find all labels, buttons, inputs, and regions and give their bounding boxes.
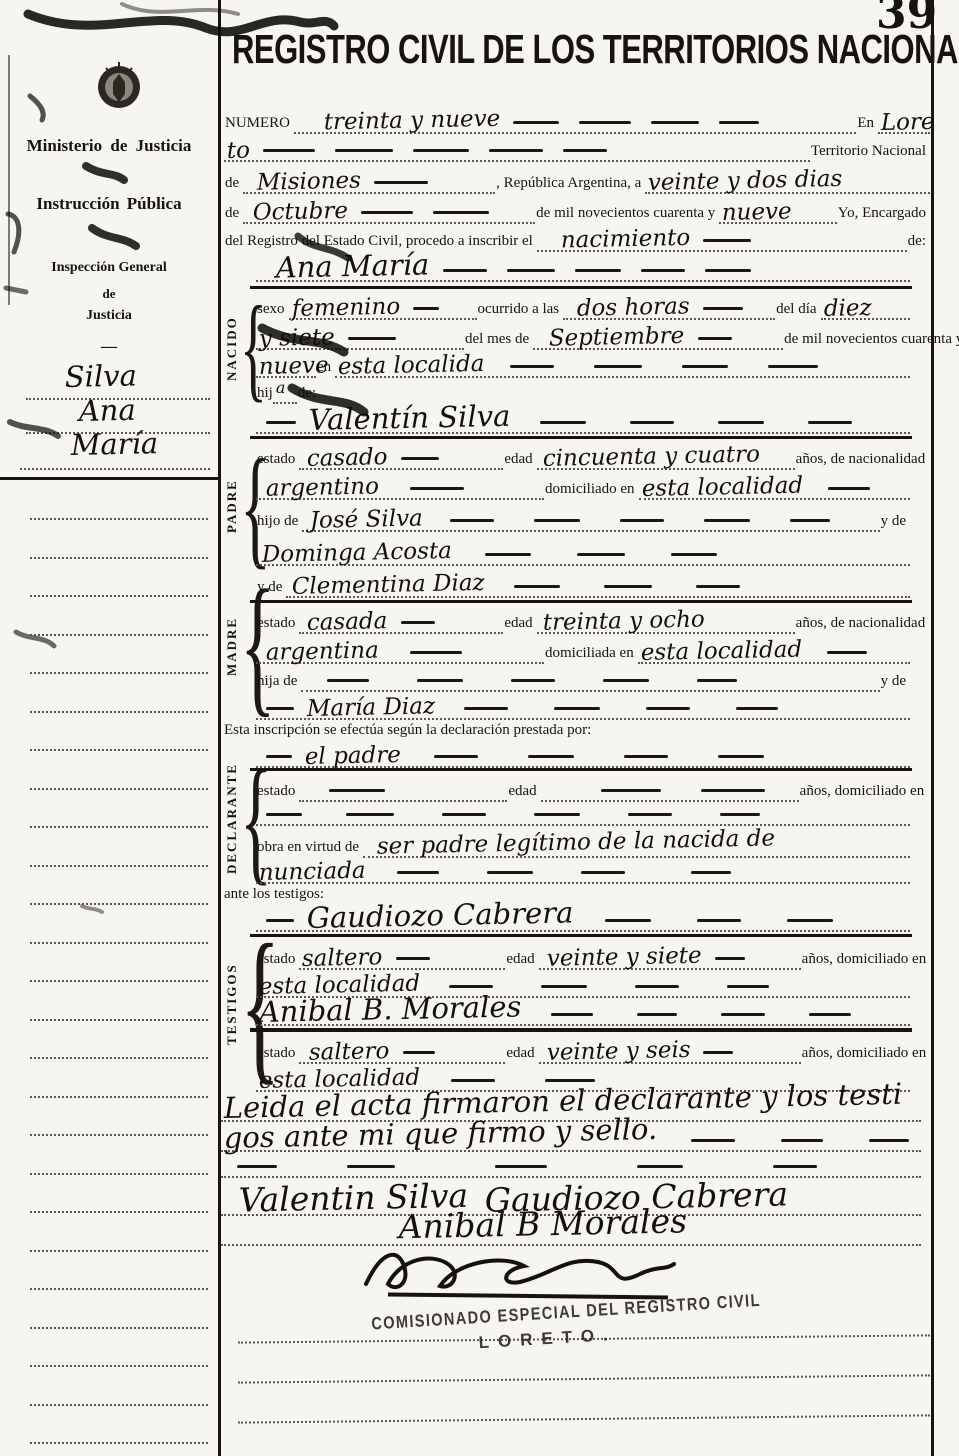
index-blank-dotline [30, 1096, 208, 1098]
testigo2-edad-label: edad [505, 1046, 538, 1064]
index-blank-dotline [30, 557, 208, 559]
index-blank-dotline [30, 1365, 208, 1367]
padre-padre-value: José Silva [302, 509, 426, 530]
madre-estado-label: estado [256, 616, 299, 634]
month-field: Octubre [243, 204, 535, 224]
declaracion-por-value: el padre [302, 745, 404, 766]
index-blank-dotline [30, 1134, 208, 1136]
hora-field: dos horas [563, 300, 775, 320]
testigo1-estado-value: saltero [299, 948, 386, 968]
testigo1-name-row: Gaudiozo Cabrera [256, 902, 910, 932]
index-blank-dotline [30, 865, 208, 867]
madre-estado-value: casada [299, 612, 391, 632]
acto-value: nacimiento [536, 228, 693, 250]
sidebar-bottom-dotline [20, 468, 210, 470]
hora-value: dos horas [563, 297, 693, 318]
index-blank-dotline [30, 1327, 208, 1329]
padre-nacionalidad-value: argentino [256, 477, 382, 498]
numero-label: NUMERO [224, 116, 294, 134]
padre-hijo-row: hijo de José Silva y de [256, 502, 910, 532]
madre-hija-row: hija de y de [256, 666, 910, 692]
index-blank-dotline [30, 826, 208, 828]
bottom-dotline-3 [238, 1414, 930, 1423]
index-blank-dotline [30, 1442, 208, 1444]
index-blank-dotline [30, 711, 208, 713]
registry-stamp: COMISIONADO ESPECIAL DEL REGISTRO CIVIL … [371, 1295, 723, 1359]
index-blank-dotline [30, 1173, 208, 1175]
padre-edad-field: cincuenta y cuatro [537, 450, 795, 470]
cierre-row-3 [221, 1152, 921, 1178]
anio-value: nueve [256, 356, 332, 376]
sexo-value: femenino [288, 297, 403, 318]
territorio-row: to Territorio Nacional [224, 136, 930, 162]
index-blank-dotline [30, 634, 208, 636]
mes-value: Septiembre [533, 326, 688, 348]
madre-name-field: Clementina Diaz [286, 578, 910, 598]
padre-nacionalidad-field: argentino [256, 480, 544, 500]
index-blank-dotline [30, 903, 208, 905]
month-year-row: de Octubre de mil novecientos cuarenta y… [224, 196, 930, 224]
year-prefix-label: de mil novecientos cuarenta y [535, 206, 719, 224]
index-blank-dotline [30, 1404, 208, 1406]
madre-estado-field: casada [299, 614, 503, 634]
madre-name-value: Clementina Diaz [286, 573, 488, 596]
madre-yde-label: y de [256, 580, 286, 598]
index-blank-dotline [30, 518, 208, 520]
anio-prefix-label: de mil novecientos cuarenta y [783, 332, 959, 350]
testigo2-name-value: Anibal B. Morales [256, 995, 525, 1024]
inspeccion-line-1: Inspección General [0, 260, 218, 276]
madre-nacionalidad-label: años, de nacionalidad [795, 616, 930, 634]
declarante-estado-field [299, 789, 507, 802]
dia-value-2: y siete [256, 328, 338, 348]
testigo2-edad-value: veinte y seis [538, 1040, 693, 1062]
padre-madre-value: Dominga Acosta [256, 541, 455, 564]
madre-name-row: y de Clementina Diaz [256, 570, 910, 598]
padre-domicilio-field: esta localidad [639, 480, 910, 500]
cierre-linea-2: gos ante mi que firmo y sello. [221, 1118, 661, 1150]
declarante-top-rule [250, 768, 912, 771]
testigo1-domicilio-label: años, domiciliado en [801, 952, 931, 970]
de-label-2: de [224, 206, 243, 224]
declarante-obra-value-1: ser padre legítimo de la nacida de [363, 829, 779, 856]
year-field: nueve [719, 204, 837, 224]
child-name-value: Ana María [256, 253, 433, 280]
padre-nacionalidad-label: años, de nacionalidad [795, 452, 930, 470]
father-name-row: Valentín Silva [256, 404, 910, 434]
sexo-label: sexo [256, 302, 289, 320]
sexo-field: femenino [289, 300, 477, 320]
testigo1-name-field: Gaudiozo Cabrera [256, 907, 910, 932]
madre-edad-label: edad [503, 616, 536, 634]
testigo1-edad-field: veinte y siete [539, 950, 801, 970]
testigo2-edad-field: veinte y seis [539, 1044, 801, 1064]
father-name-value: Valentín Silva [306, 404, 514, 432]
testigos-top-rule [250, 934, 912, 937]
inspeccion-line-2: de [0, 286, 218, 302]
sidebar-bottom-rule [0, 477, 218, 480]
place-value-1: Lore [878, 112, 938, 132]
sidebar-divider: — [0, 338, 218, 356]
cierre-field-3 [221, 1165, 921, 1178]
padre-estado-row: estado casado edad cincuenta y cuatro añ… [256, 442, 910, 470]
month-value: Octubre [243, 201, 351, 222]
declaracion-por-row: el padre [256, 742, 910, 768]
year-value: nueve [719, 202, 795, 222]
declaracion-por-field: el padre [256, 748, 910, 768]
nacido-top-rule [250, 286, 912, 289]
testigo1-edad-value: veinte y siete [538, 946, 704, 968]
civil-registry-birth-record: 39 REGISTRO CIVIL DE LOS TERRITORIOS NAC… [0, 0, 959, 1456]
declarante-blank-field [256, 813, 910, 826]
madre-hija-label: hija de [256, 674, 301, 692]
official-signature [352, 1240, 682, 1296]
index-blank-dotline [30, 1211, 208, 1213]
ministry-line-2: Instrucción Pública [0, 194, 218, 214]
declarante-obra-value-2: nunciada [256, 861, 369, 882]
madre-yde2-label: y de [880, 674, 910, 692]
anio-field: nueve [256, 358, 316, 378]
madre-domicilio-field: esta localidad [638, 644, 910, 664]
hij-de-label: de: [297, 386, 320, 404]
declarante-estado-label: estado [256, 784, 299, 802]
dia-field: diez [821, 300, 910, 320]
index-blank-dotline [30, 980, 208, 982]
numero-field: treinta y nueve [294, 114, 856, 134]
child-name-row: Ana María [256, 252, 910, 282]
padre-domicilio-row: argentino domiciliado en esta localidad [256, 472, 910, 500]
ministry-line-1: Ministerio de Justicia [0, 136, 218, 156]
padre-estado-value: casado [299, 448, 391, 468]
index-given-1: Ana [76, 399, 139, 424]
procedo-row: del Registro del Estado Civil, procedo a… [224, 226, 930, 252]
place-value-2: to [224, 141, 253, 160]
testigo2-name-row: Anibal B. Morales [256, 1000, 910, 1026]
cierre-row-2: gos ante mi que firmo y sello. [221, 1122, 921, 1152]
index-blank-dotline [30, 1057, 208, 1059]
territory-value: Misiones [243, 171, 364, 192]
dia2-field: y siete [256, 330, 464, 350]
index-blank-dotline [30, 1288, 208, 1290]
place-field-1: Lore [878, 114, 930, 134]
encargado-label: Yo, Encargado [837, 206, 930, 224]
declarante-obra2-row: nunciada [256, 858, 910, 884]
madre-domicilio-row: argentina domiciliada en esta localidad [256, 636, 910, 664]
dia2-mes-row: y siete del mes de Septiembre de mil nov… [256, 322, 910, 350]
hij-sup-field: a [273, 389, 297, 404]
testigo1-estado-label: estado [256, 952, 299, 970]
date-days-value: veinte y dos dias [645, 169, 846, 192]
father-name-field: Valentín Silva [256, 409, 910, 434]
testigo2-estado-label: estado [256, 1046, 299, 1064]
child-name-field: Ana María [256, 257, 910, 282]
padre-top-rule [250, 436, 912, 439]
declarante-blank-row [256, 802, 910, 826]
ocurrido-label: ocurrido a las [477, 302, 564, 320]
republica-label: , República Argentina, a [495, 176, 645, 194]
dia-value-1: diez [820, 298, 874, 318]
index-blank-dotline [30, 788, 208, 790]
right-page-border [931, 0, 934, 1456]
index-blank-dotline [30, 942, 208, 944]
territory-field: Misiones [243, 174, 495, 194]
padre-madre-row: Dominga Acosta [256, 534, 910, 566]
anio-lugar-row: nueve en esta localida [256, 352, 910, 378]
padre-estado-field: casado [299, 450, 503, 470]
hij-sup-value: a [273, 382, 289, 395]
madre-estado-row: estado casada edad treinta y ocho años, … [256, 606, 910, 634]
declarante-edad-field [541, 789, 799, 802]
territory-name-row: de Misiones , República Argentina, a vei… [224, 166, 930, 194]
declarante-obra-row: obra en virtud de ser padre legítimo de … [256, 828, 910, 858]
index-blank-dotline [30, 749, 208, 751]
mes-label: del mes de [464, 332, 533, 350]
madre-nacionalidad-value: argentina [256, 641, 382, 662]
padre-yde-label: y de [880, 514, 910, 532]
declarante-domicilio-label: años, domiciliado en [799, 784, 929, 802]
testigo1-name-value: Gaudiozo Cabrera [304, 901, 577, 930]
en-label: En [856, 116, 878, 134]
de-label-3: de: [907, 234, 930, 252]
numero-row: NUMERO treinta y nueve En Lore [224, 104, 930, 134]
index-surname: Silva [62, 364, 141, 389]
madre-domicilio-label: domiciliada en [544, 646, 638, 664]
testigo2-estado-value: saltero [299, 1042, 393, 1062]
numero-value: treinta y nueve [294, 109, 504, 132]
declarante-obra-label: obra en virtud de [256, 840, 363, 858]
inspeccion-line-3: Justicia [0, 308, 218, 324]
testigo2-rule [250, 1028, 912, 1032]
index-blank-dotline [30, 672, 208, 674]
testigo2-estado-row: estado saltero edad veinte y seis años, … [256, 1034, 910, 1064]
sexo-row: sexo femenino ocurrido a las dos horas d… [256, 292, 910, 320]
date-days-field: veinte y dos dias [645, 174, 930, 194]
padre-madre-field: Dominga Acosta [256, 546, 910, 566]
madre-madre-row: María Diaz [256, 694, 910, 720]
madre-padre-field [301, 679, 879, 692]
padre-edad-label: edad [503, 452, 536, 470]
territorio-label: Territorio Nacional [810, 144, 930, 162]
testigo2-name-field: Anibal B. Morales [256, 1001, 910, 1026]
declarante-estado-row: estado edad años, domiciliado en [256, 776, 910, 802]
madre-madre-value: María Diaz [304, 697, 439, 718]
declarante-obra2-field: nunciada [256, 864, 910, 884]
index-blank-dotline [30, 1250, 208, 1252]
padre-edad-value: cincuenta y cuatro [536, 445, 763, 468]
madre-madre-field: María Diaz [256, 700, 910, 720]
place-field-2: to [224, 142, 810, 162]
madre-edad-field: treinta y ocho [537, 614, 795, 634]
coat-of-arms-emblem [94, 60, 144, 118]
padre-domicilio-value: esta localidad [638, 476, 806, 498]
declarante-obra-field: ser padre legítimo de la nacida de [363, 838, 910, 858]
mes-field: Septiembre [533, 330, 783, 350]
madre-nacionalidad-field: argentina [256, 644, 544, 664]
testigo1-edad-label: edad [505, 952, 538, 970]
padre-padre-field: José Silva [302, 512, 879, 532]
acto-field: nacimiento [537, 232, 907, 252]
madre-edad-value: treinta y ocho [536, 610, 707, 632]
hij-label: hij [256, 386, 273, 404]
bottom-dotline-2 [238, 1374, 930, 1383]
index-blank-dotline [30, 1019, 208, 1021]
lugar-field: esta localida [335, 358, 910, 378]
cierre-field-2: gos ante mi que firmo y sello. [221, 1127, 921, 1152]
page-title: REGISTRO CIVIL DE LOS TERRITORIOS NACION… [232, 26, 938, 74]
padre-estado-label: estado [256, 452, 299, 470]
index-blank-dotline [30, 595, 208, 597]
dia-label: del día [775, 302, 820, 320]
lugar-value: esta localida [335, 354, 488, 376]
padre-hijo-label: hijo de [256, 514, 302, 532]
padre-domicilio-label: domiciliado en [544, 482, 639, 500]
madre-domicilio-value: esta localidad [637, 640, 805, 662]
testigo2-estado-field: saltero [299, 1044, 505, 1064]
hija-de-row: hij a de: [256, 382, 910, 404]
de-label-1: de [224, 176, 243, 194]
index-given-2: María [68, 432, 162, 457]
testigo2-domicilio-label: años, domiciliado en [801, 1046, 931, 1064]
declaracion-intro: Esta inscripción se efectúa según la dec… [224, 722, 591, 739]
declarante-edad-label: edad [507, 784, 540, 802]
testigo1-estado-field: saltero [299, 950, 505, 970]
madre-top-rule [250, 600, 912, 603]
testigo1-estado-row: estado saltero edad veinte y siete años,… [256, 940, 910, 970]
